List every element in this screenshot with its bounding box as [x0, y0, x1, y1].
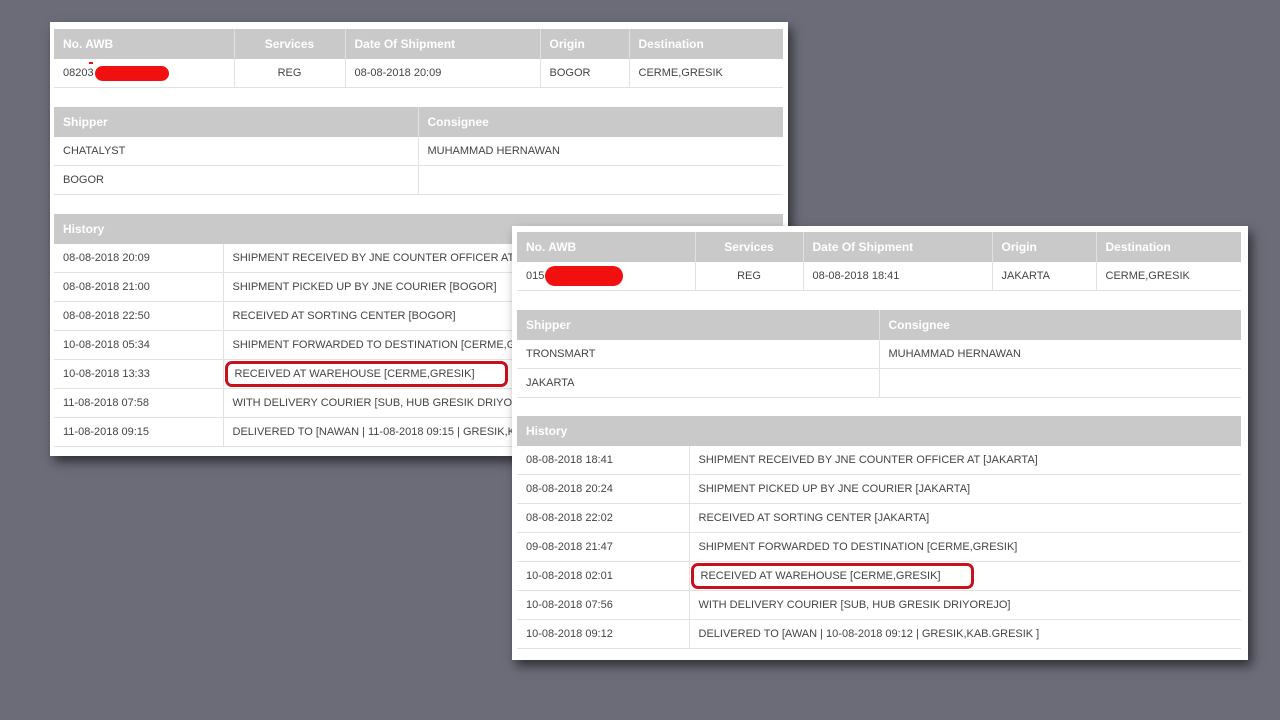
service: REG — [234, 59, 345, 88]
highlighted-status: RECEIVED AT WAREHOUSE [CERME,GRESIK] — [691, 563, 974, 589]
history-table: History 08-08-2018 18:41SHIPMENT RECEIVE… — [517, 416, 1241, 649]
consignee-city — [879, 369, 1241, 398]
consignee-name: MUHAMMAD HERNAWAN — [879, 340, 1241, 369]
awb-prefix: 015 — [526, 270, 544, 282]
highlighted-status: RECEIVED AT WAREHOUSE [CERME,GRESIK] — [225, 361, 508, 387]
history-date: 09-08-2018 21:47 — [517, 533, 689, 562]
awb-number: 08203 — [54, 59, 234, 88]
header-date: Date Of Shipment — [803, 232, 992, 262]
shipment-date: 08-08-2018 20:09 — [345, 59, 540, 88]
header-awb: No. AWB — [54, 29, 234, 59]
history-date: 10-08-2018 07:56 — [517, 591, 689, 620]
tracking-result-card-2: No. AWB Services Date Of Shipment Origin… — [512, 226, 1248, 660]
awb-header-row: No. AWB Services Date Of Shipment Origin… — [517, 232, 1241, 262]
history-row: 10-08-2018 02:01RECEIVED AT WAREHOUSE [C… — [517, 562, 1241, 591]
awb-header-row: No. AWB Services Date Of Shipment Origin… — [54, 29, 783, 59]
history-date: 08-08-2018 22:02 — [517, 504, 689, 533]
history-header: History — [517, 416, 1241, 446]
origin: JAKARTA — [992, 262, 1096, 291]
header-shipper: Shipper — [54, 107, 418, 137]
shipper-city: BOGOR — [54, 166, 418, 195]
destination: CERME,GRESIK — [1096, 262, 1241, 291]
header-origin: Origin — [992, 232, 1096, 262]
destination: CERME,GRESIK — [629, 59, 783, 88]
consignee-city — [418, 166, 783, 195]
awb-table: No. AWB Services Date Of Shipment Origin… — [517, 232, 1241, 291]
history-date: 10-08-2018 13:33 — [54, 360, 223, 389]
header-destination: Destination — [629, 29, 783, 59]
history-row: 08-08-2018 20:24SHIPMENT PICKED UP BY JN… — [517, 475, 1241, 504]
history-status: RECEIVED AT WAREHOUSE [CERME,GRESIK] — [689, 562, 1241, 591]
history-status: SHIPMENT PICKED UP BY JNE COURIER [JAKAR… — [689, 475, 1241, 504]
history-status: WITH DELIVERY COURIER [SUB, HUB GRESIK D… — [689, 591, 1241, 620]
history-status: SHIPMENT RECEIVED BY JNE COUNTER OFFICER… — [689, 446, 1241, 475]
history-status: SHIPMENT FORWARDED TO DESTINATION [CERME… — [689, 533, 1241, 562]
shipment-date: 08-08-2018 18:41 — [803, 262, 992, 291]
origin: BOGOR — [540, 59, 629, 88]
header-origin: Origin — [540, 29, 629, 59]
history-date: 08-08-2018 21:00 — [54, 273, 223, 302]
history-row: 10-08-2018 07:56WITH DELIVERY COURIER [S… — [517, 591, 1241, 620]
awb-number: 015 — [517, 262, 695, 291]
header-shipper: Shipper — [517, 310, 879, 340]
party-table: Shipper Consignee CHATALYST MUHAMMAD HER… — [54, 107, 783, 195]
header-consignee: Consignee — [418, 107, 783, 137]
header-destination: Destination — [1096, 232, 1241, 262]
shipper-name: TRONSMART — [517, 340, 879, 369]
history-date: 08-08-2018 20:09 — [54, 244, 223, 273]
history-date: 11-08-2018 07:58 — [54, 389, 223, 418]
party-table: Shipper Consignee TRONSMART MUHAMMAD HER… — [517, 310, 1241, 398]
shipper-name: CHATALYST — [54, 137, 418, 166]
history-row: 10-08-2018 09:12DELIVERED TO [AWAN | 10-… — [517, 620, 1241, 649]
consignee-name: MUHAMMAD HERNAWAN — [418, 137, 783, 166]
history-date: 10-08-2018 05:34 — [54, 331, 223, 360]
history-date: 08-08-2018 22:50 — [54, 302, 223, 331]
awb-prefix: 08203 — [63, 67, 94, 79]
header-consignee: Consignee — [879, 310, 1241, 340]
shipper-city: JAKARTA — [517, 369, 879, 398]
history-date: 11-08-2018 09:15 — [54, 418, 223, 447]
history-date: 10-08-2018 02:01 — [517, 562, 689, 591]
redaction-mark — [95, 66, 169, 81]
awb-row: 08203 REG 08-08-2018 20:09 BOGOR CERME,G… — [54, 59, 783, 88]
header-services: Services — [234, 29, 345, 59]
history-date: 08-08-2018 20:24 — [517, 475, 689, 504]
redaction-mark — [545, 266, 623, 286]
history-row: 09-08-2018 21:47SHIPMENT FORWARDED TO DE… — [517, 533, 1241, 562]
header-awb: No. AWB — [517, 232, 695, 262]
history-row: 08-08-2018 18:41SHIPMENT RECEIVED BY JNE… — [517, 446, 1241, 475]
awb-row: 015 REG 08-08-2018 18:41 JAKARTA CERME,G… — [517, 262, 1241, 291]
history-date: 10-08-2018 09:12 — [517, 620, 689, 649]
header-date: Date Of Shipment — [345, 29, 540, 59]
history-date: 08-08-2018 18:41 — [517, 446, 689, 475]
service: REG — [695, 262, 803, 291]
history-status: DELIVERED TO [AWAN | 10-08-2018 09:12 | … — [689, 620, 1241, 649]
history-row: 08-08-2018 22:02RECEIVED AT SORTING CENT… — [517, 504, 1241, 533]
history-status: RECEIVED AT SORTING CENTER [JAKARTA] — [689, 504, 1241, 533]
awb-table: No. AWB Services Date Of Shipment Origin… — [54, 29, 783, 88]
header-services: Services — [695, 232, 803, 262]
